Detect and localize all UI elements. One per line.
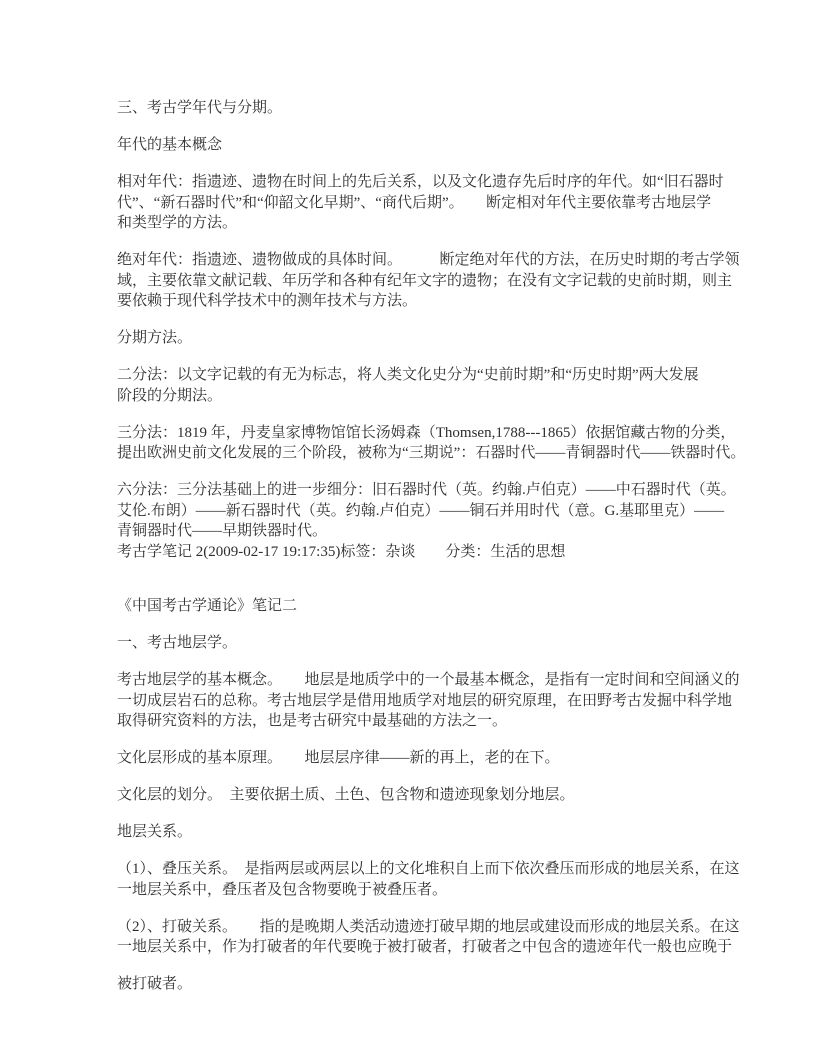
text-line: 阶段的分期法。 — [117, 386, 718, 407]
text-line: 年代的基本概念 — [117, 135, 718, 156]
text-line: 被打破者。 — [117, 974, 718, 995]
text-line: 文化层形成的基本原理。 地层层序律——新的再上，老的在下。 — [117, 748, 718, 769]
para-intrusion-relation: （2）、打破关系。 指的是晚期人类活动遗迹打破早期的地层或建设而形成的地层关系。… — [117, 917, 718, 958]
heading-section-three-chronology: 三、考古学年代与分期。 — [117, 98, 718, 119]
text-line: 三、考古学年代与分期。 — [117, 98, 718, 119]
text-line: 取得研究资料的方法，也是考古研究中最基础的方法之一。 — [117, 711, 718, 732]
text-line: 一地层关系中，叠压者及包含物要晚于被叠压者。 — [117, 880, 718, 901]
text-line: 代”、“新石器时代”和“仰韶文化早期”、“商代后期”。 断定相对年代主要依靠考古… — [117, 193, 718, 214]
text-line: 一切成层岩石的总称。考古地层学是借用地质学对地层的研究原理，在田野考古发掘中科学… — [117, 691, 718, 712]
text-line: 二分法：以文字记载的有无为标志，将人类文化史分为“史前时期”和“历史时期”两大发… — [117, 365, 718, 386]
para-superposition-relation: （1）、叠压关系。 是指两层或两层以上的文化堆积自上而下依次叠压而形成的地层关系… — [117, 859, 718, 900]
text-line: 文化层的划分。 主要依据土质、土色、包含物和遗迹现象划分地层。 — [117, 785, 718, 806]
text-line: 分期方法。 — [117, 328, 718, 349]
document-page: 三、考古学年代与分期。年代的基本概念相对年代：指遗迹、遗物在时间上的先后关系，以… — [0, 0, 816, 1056]
text-line: 考古学笔记 2(2009-02-17 19:17:35)标签：杂谈 分类：生活的… — [117, 542, 718, 563]
para-stratigraphy-basic-concepts: 考古地层学的基本概念。 地层是地质学中的一个最基本概念，是指有一定时间和空间涵义… — [117, 670, 718, 732]
text-line: （2）、打破关系。 指的是晚期人类活动遗迹打破早期的地层或建设而形成的地层关系。… — [117, 917, 718, 938]
text-line: 一、考古地层学。 — [117, 633, 718, 654]
para-relative-dating: 相对年代：指遗迹、遗物在时间上的先后关系，以及文化遗存先后时序的年代。如“旧石器… — [117, 172, 718, 234]
text-line: 地层关系。 — [117, 822, 718, 843]
text-line: 一地层关系中，作为打破者的年代要晚于被打破者，打破者之中包含的遗迹年代一般也应晚… — [117, 937, 718, 958]
document-text: 三、考古学年代与分期。年代的基本概念相对年代：指遗迹、遗物在时间上的先后关系，以… — [117, 98, 718, 995]
para-intruded-one: 被打破者。 — [117, 974, 718, 995]
heading-periodization-methods: 分期方法。 — [117, 328, 718, 349]
text-line: 提出欧洲史前文化发展的三个阶段，被称为“三期说”：石器时代——青铜器时代——铁器… — [117, 443, 718, 464]
heading-book-notes-two: 《中国考古学通论》笔记二 — [117, 596, 718, 617]
line-notes2-meta: 考古学笔记 2(2009-02-17 19:17:35)标签：杂谈 分类：生活的… — [117, 542, 718, 563]
text-line: 艾伦.布朗）——新石器时代（英。约翰.卢伯克）——铜石并用时代（意。G.基耶里克… — [117, 501, 718, 522]
heading-section-one-stratigraphy: 一、考古地层学。 — [117, 633, 718, 654]
para-six-part-method: 六分法：三分法基础上的进一步细分：旧石器时代（英。约翰.卢伯克）——中石器时代（… — [117, 480, 718, 542]
para-culture-layer-division: 文化层的划分。 主要依据土质、土色、包含物和遗迹现象划分地层。 — [117, 785, 718, 806]
text-line: 要依赖于现代科学技术中的测年技术与方法。 — [117, 291, 718, 312]
text-line: （1）、叠压关系。 是指两层或两层以上的文化堆积自上而下依次叠压而形成的地层关系… — [117, 859, 718, 880]
para-culture-layer-formation-principle: 文化层形成的基本原理。 地层层序律——新的再上，老的在下。 — [117, 748, 718, 769]
text-line: 《中国考古学通论》笔记二 — [117, 596, 718, 617]
text-line: 和类型学的方法。 — [117, 213, 718, 234]
text-line: 相对年代：指遗迹、遗物在时间上的先后关系，以及文化遗存先后时序的年代。如“旧石器… — [117, 172, 718, 193]
text-line: 绝对年代：指遗迹、遗物做成的具体时间。 断定绝对年代的方法，在历史时期的考古学领 — [117, 250, 718, 271]
text-line: 六分法：三分法基础上的进一步细分：旧石器时代（英。约翰.卢伯克）——中石器时代（… — [117, 480, 718, 501]
text-line: 域，主要依靠文献记载、年历学和各种有纪年文字的遗物；在没有文字记载的史前时期，则… — [117, 271, 718, 292]
text-line: 考古地层学的基本概念。 地层是地质学中的一个最基本概念，是指有一定时间和空间涵义… — [117, 670, 718, 691]
para-absolute-dating: 绝对年代：指遗迹、遗物做成的具体时间。 断定绝对年代的方法，在历史时期的考古学领… — [117, 250, 718, 312]
text-line: 三分法：1819 年，丹麦皇家博物馆馆长汤姆森（Thomsen,1788---1… — [117, 423, 718, 444]
heading-basic-concepts-of-dating: 年代的基本概念 — [117, 135, 718, 156]
para-three-part-method: 三分法：1819 年，丹麦皇家博物馆馆长汤姆森（Thomsen,1788---1… — [117, 423, 718, 464]
heading-stratum-relations: 地层关系。 — [117, 822, 718, 843]
para-two-part-method: 二分法：以文字记载的有无为标志，将人类文化史分为“史前时期”和“历史时期”两大发… — [117, 365, 718, 406]
text-line: 青铜器时代——早期铁器时代。 — [117, 521, 718, 542]
